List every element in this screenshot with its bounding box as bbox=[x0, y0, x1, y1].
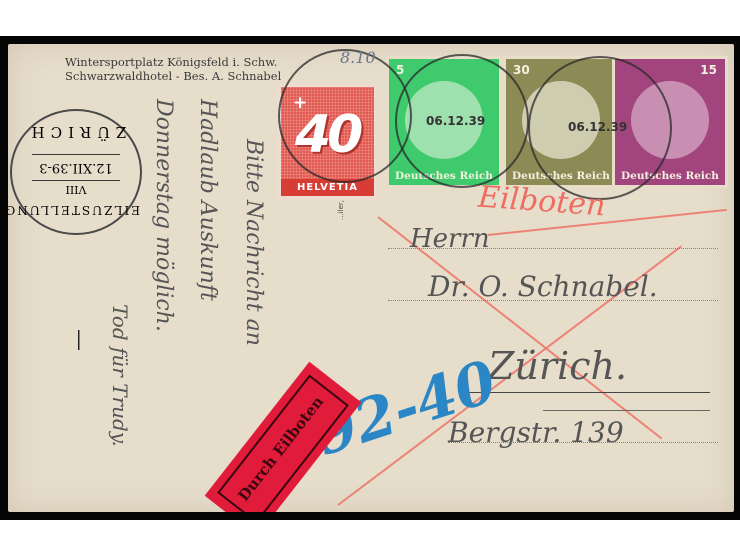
postmark-date: 12.XII.39-3 bbox=[12, 160, 140, 175]
message-line-4: Tod für Trudy. bbox=[108, 304, 132, 447]
address-salutation: Herrn bbox=[410, 224, 490, 254]
header-line-2: Schwarzwaldhotel - Bes. A. Schnabel bbox=[65, 69, 281, 83]
pencil-note: 8.10 bbox=[340, 48, 376, 67]
stamp-value: 30 bbox=[513, 63, 530, 77]
address-city: Zürich. bbox=[488, 344, 627, 388]
villingen-postmark-1 bbox=[278, 49, 412, 183]
red-eilboten-note: Eilboten bbox=[477, 180, 607, 224]
message-line-1: Bitte Nachricht an bbox=[241, 139, 266, 346]
postmark-date-1: 06.12.39 bbox=[426, 114, 485, 128]
postmark-line1: EILZUSTELLUNG bbox=[12, 203, 140, 217]
postcard: Wintersportplatz Königsfeld i. Schw. Sch… bbox=[8, 44, 734, 512]
postmark-line2: VIII bbox=[12, 183, 140, 196]
message-line-3: Donnerstag möglich. bbox=[151, 99, 176, 332]
header-line-1: Wintersportplatz Königsfeld i. Schw. bbox=[65, 55, 281, 69]
message-line-5: — bbox=[67, 329, 92, 351]
zurich-postmark: EILZUSTELLUNG VIII 12.XII.39-3 ZÜRICH bbox=[10, 109, 142, 235]
postmark-date-2: 06.12.39 bbox=[568, 120, 627, 134]
address-name: Dr. O. Schnabel. bbox=[428, 270, 658, 303]
stamp-country: HELVETIA bbox=[281, 179, 374, 196]
postmark-city: ZÜRICH bbox=[12, 123, 140, 141]
printed-header: Wintersportplatz Königsfeld i. Schw. Sch… bbox=[65, 55, 281, 83]
message-line-2: Hadlaub Auskunft bbox=[195, 99, 220, 301]
stamp-value: 15 bbox=[700, 63, 717, 77]
